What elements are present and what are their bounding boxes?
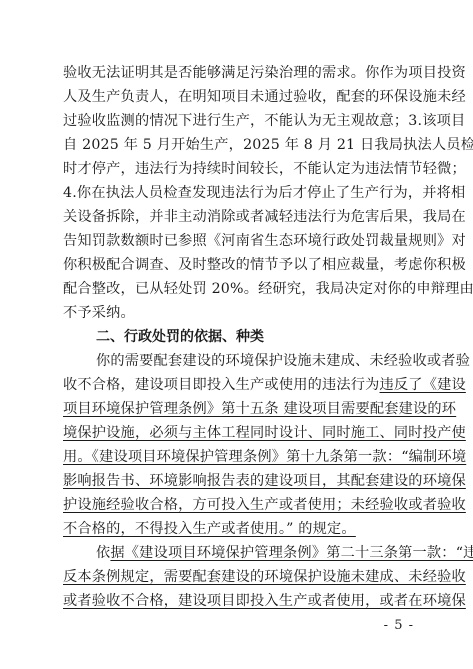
text-line: 依据《建设项目环境保护管理条例》第二十三条第一款：“违 bbox=[63, 541, 413, 565]
section-heading: 二、行政处罚的依据、种类 bbox=[63, 325, 413, 349]
underlined-citation: 或者验收不合格，建设项目即投入生产或者使用，或者在环境保 bbox=[63, 593, 466, 609]
text-line: 用。《建设项目环境保护管理条例》第十九条第一款：“编制环境 bbox=[63, 445, 413, 469]
text-line: 告知罚款数额时已参照《河南省生态环境行政处罚裁量规则》对 bbox=[63, 229, 413, 253]
text-line: 4.你在执法人员检查发现违法行为后才停止了生产行为，并将相 bbox=[63, 181, 413, 205]
text-line: 过验收监测的情况下进行生产，不能认为无主观故意；3.该项目 bbox=[63, 109, 413, 133]
text-line: 境保护设施，必须与主体工程同时设计、同时施工、同时投产使 bbox=[63, 421, 413, 445]
underlined-citation: 境保护设施，必须与主体工程同时设计、同时施工、同时投产使 bbox=[63, 425, 466, 441]
underlined-citation: 项目环境保护管理条例》第十五条 建设项目需要配套建设的环 bbox=[63, 401, 456, 417]
text-line: 项目环境保护管理条例》第十五条 建设项目需要配套建设的环 bbox=[63, 397, 413, 421]
text-line: 影响报告书、环境影响报告表的建设项目，其配套建设的环境保 bbox=[63, 469, 413, 493]
underlined-citation: 不合格的，不得投入生产或者使用。” 的规定。 bbox=[63, 521, 356, 537]
text-line: 不予采纳。 bbox=[63, 301, 413, 325]
text-line: 你积极配合调查、及时整改的情节予以了相应裁量，考虑你积极 bbox=[63, 253, 413, 277]
text-line: 时才停产，违法行为持续时间较长，不能认定为违法情节轻微； bbox=[63, 157, 413, 181]
text-span: 收不合格，建设项目即投入生产或使用的违法行为 bbox=[63, 377, 380, 393]
text-line: 自 2025 年 5 月开始生产，2025 年 8 月 21 日我局执法人员检查 bbox=[63, 133, 413, 157]
underlined-citation: 反本条例规定，需要配套建设的环境保护设施未建成、未经验收 bbox=[63, 569, 466, 585]
text-line: 配合整改，已从轻处罚 20%。经研究，我局决定对你的申辩理由 bbox=[63, 277, 413, 301]
text-line: 不合格的，不得投入生产或者使用。” 的规定。 bbox=[63, 517, 413, 541]
document-body: 验收无法证明其是否能够满足污染治理的需求。你作为项目投资 人及生产负责人，在明知… bbox=[63, 61, 413, 613]
page-number: - 5 - bbox=[378, 618, 414, 633]
underlined-citation: 据《建设项目环境保护管理条例》第二十三条第一款：“违 bbox=[110, 545, 473, 561]
text-line: 收不合格，建设项目即投入生产或使用的违法行为违反了《建设 bbox=[63, 373, 413, 397]
text-line: 反本条例规定，需要配套建设的环境保护设施未建成、未经验收 bbox=[63, 565, 413, 589]
text-span: 依 bbox=[96, 545, 110, 561]
underlined-citation: 影响报告书、环境影响报告表的建设项目，其配套建设的环境保 bbox=[63, 473, 466, 489]
text-line: 验收无法证明其是否能够满足污染治理的需求。你作为项目投资 bbox=[63, 61, 413, 85]
text-line: 关设备拆除，并非主动消除或者减轻违法行为危害后果，我局在 bbox=[63, 205, 413, 229]
underlined-citation: 护设施经验收合格，方可投入生产或者使用；未经验收或者验收 bbox=[63, 497, 466, 513]
underlined-citation: 违反了《建设 bbox=[380, 377, 466, 393]
underlined-citation: 用。《建设项目环境保护管理条例》第十九条第一款：“编制环境 bbox=[63, 449, 466, 465]
text-line: 人及生产负责人，在明知项目未通过验收，配套的环保设施未经 bbox=[63, 85, 413, 109]
text-line: 或者验收不合格，建设项目即投入生产或者使用，或者在环境保 bbox=[63, 589, 413, 613]
text-line: 你的需要配套建设的环境保护设施未建成、未经验收或者验 bbox=[63, 349, 413, 373]
text-line: 护设施经验收合格，方可投入生产或者使用；未经验收或者验收 bbox=[63, 493, 413, 517]
document-page: 验收无法证明其是否能够满足污染治理的需求。你作为项目投资 人及生产负责人，在明知… bbox=[0, 0, 473, 669]
